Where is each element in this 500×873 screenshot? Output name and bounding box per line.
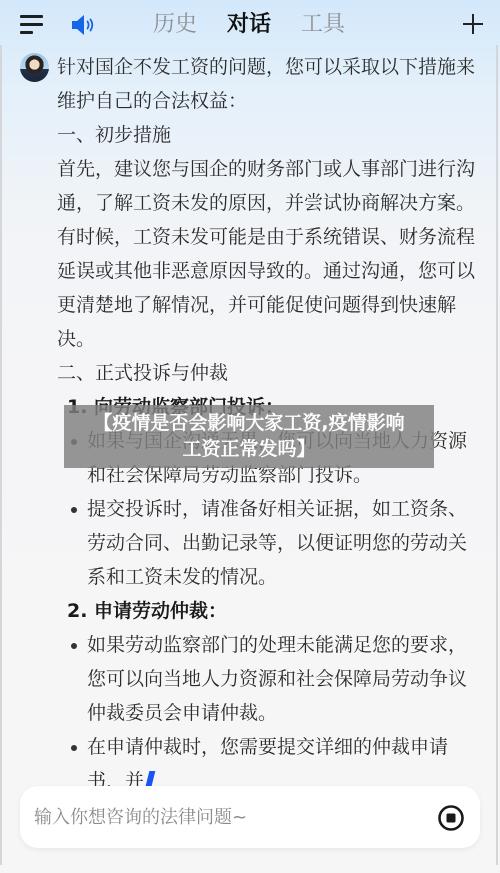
bullet-line: 提交投诉时，请准备好相关证据，如工资条、 [87, 492, 487, 526]
message-line: 首先，建议您与国企的财务部门或人事部门进行沟 [57, 152, 487, 186]
bullet-line: 如果劳动监察部门的处理未能满足您的要求， [87, 628, 487, 662]
bullet-line: 系和工资未发的情况。 [87, 560, 487, 594]
title-overlay-banner: 【疫情是否会影响大家工资,疫情影响 工资正常发吗】 [64, 405, 434, 468]
tab-tools[interactable]: 工具 [301, 9, 345, 41]
section-title-formal-complaint: 二、正式投诉与仲裁 [57, 356, 487, 390]
tab-history[interactable]: 历史 [153, 9, 197, 41]
bullet-line: 劳动合同、出勤记录等，以便证明您的劳动关 [87, 526, 487, 560]
hamburger-menu-icon[interactable] [20, 15, 44, 35]
composer [20, 786, 480, 848]
assistant-avatar [20, 53, 49, 82]
message-line: 延误或其他非恶意原因导致的。通过沟通，您可以 [57, 254, 487, 288]
overlay-line-2: 工资正常发吗】 [64, 436, 434, 462]
message-line: 更清楚地了解情况，并可能促使问题得到快速解 [57, 288, 487, 322]
bullet-item: 如果劳动监察部门的处理未能满足您的要求， 您可以向当地人力资源和社会保障局劳动争… [57, 628, 487, 730]
new-chat-plus-icon[interactable] [462, 13, 484, 35]
message-line: 通，了解工资未发的原因，并尝试协商解决方案。 [57, 186, 487, 220]
message-line: 决。 [57, 322, 487, 356]
tab-chat[interactable]: 对话 [227, 9, 271, 41]
section-title-initial-measures: 一、初步措施 [57, 118, 487, 152]
message-line: 维护自己的合法权益： [57, 84, 487, 118]
overlay-line-1: 【疫情是否会影响大家工资,疫情影响 [64, 410, 434, 436]
speaker-icon[interactable] [70, 13, 96, 37]
frame-border-left [0, 45, 2, 865]
message-line: 有时候，工资未发可能是由于系统错误、财务流程 [57, 220, 487, 254]
bullet-line: 在申请仲裁时，您需要提交详细的仲裁申请 [87, 730, 487, 764]
bullet-line: 仲裁委员会申请仲裁。 [87, 696, 487, 730]
sub-heading-labor-arbitration: 2. 申请劳动仲裁： [67, 594, 487, 628]
bullet-line: 您可以向当地人力资源和社会保障局劳动争议 [87, 662, 487, 696]
bullet-item: 提交投诉时，请准备好相关证据，如工资条、 劳动合同、出勤记录等，以便证明您的劳动… [57, 492, 487, 594]
frame-border-right [496, 45, 498, 865]
message-line: 针对国企不发工资的问题，您可以采取以下措施来 [57, 50, 487, 84]
stop-circle-icon[interactable] [437, 804, 465, 832]
question-input[interactable] [34, 800, 414, 834]
top-navigation-bar: 历史 对话 工具 [0, 0, 500, 50]
tab-bar: 历史 对话 工具 [153, 9, 345, 41]
